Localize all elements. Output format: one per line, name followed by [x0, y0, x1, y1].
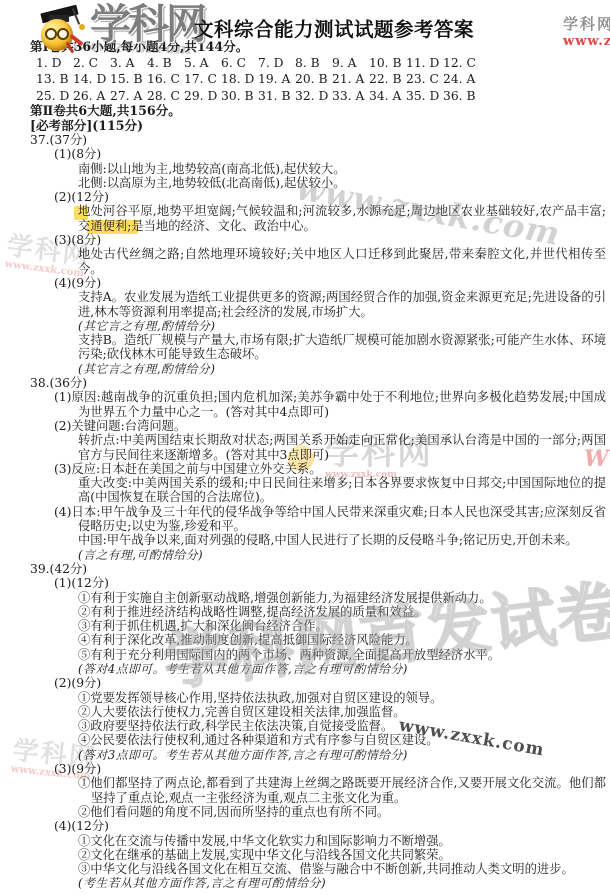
part2-heading: 第Ⅱ卷共6大题,共156分。 [30, 104, 606, 119]
answer-paragraph: (4)日本:甲午战争及三十年代的侵华战争等给中国人民带来深重灾难;日本人民也深受… [78, 505, 606, 534]
answer-cell: 24. A [443, 71, 480, 88]
answer-cell: 27. A [110, 88, 147, 105]
answer-cell: 29. D [184, 88, 221, 105]
answer-cell: 17. C [184, 71, 221, 88]
answer-paragraph: 支持A。农业发展为造纸工业提供更多的资源;两国经贸合作的加强,资金来源更充足;先… [78, 290, 606, 319]
answer-cell: 36. B [443, 88, 480, 105]
answer-cell: 30. B [221, 88, 258, 105]
part2-subheading: [必考部分](115分) [30, 119, 606, 134]
corner-watermark: 学科网 www.z [563, 15, 610, 50]
answers-body: 37.(37分)(1)(8分)南侧:以山地为主,地势较高(南高北低),起伏较大。… [30, 133, 606, 891]
answer-cell: 5. A [184, 55, 221, 72]
answer-cell: 19. A [258, 71, 295, 88]
answer-cell: 6. C [221, 55, 258, 72]
glasses-icon [45, 28, 57, 40]
answer-cell: 3. A [110, 55, 147, 72]
answer-item: ②他们看问题的角度不同,因而所坚持的重点也有所不同。 [91, 805, 606, 819]
grading-note: (答对3点即可。考生若从其他方面作答,言之有理可酌情给分) [78, 748, 606, 762]
answer-paragraph: 南侧:以山地为主,地势较高(南高北低),起伏较大。 [78, 162, 606, 176]
grading-note: (答对4点即可。考生若从其他方面作答,言之有理可酌情给分) [78, 662, 606, 676]
answer-paragraph: (2)关键问题:台湾问题。 [78, 419, 606, 433]
answer-item: ②文化在继承的基础上发展,实现中华文化与沿线各国文化共同繁荣。 [91, 848, 606, 862]
answer-cell: 21. A [332, 71, 369, 88]
answer-item: ②人大要依法行使权力,完善自贸区建设相关法律,加强监督。 [91, 705, 606, 719]
sub-question-heading: (2)(12分) [54, 190, 606, 204]
answer-item: ①党要发挥领导核心作用,坚持依法执政,加强对自贸区建设的领导。 [91, 691, 606, 705]
answer-item: ①他们都坚持了两点论,都看到了共建海上丝绸之路既要开展经济合作,又要开展文化交流… [91, 776, 606, 805]
answer-cell: 15. B [110, 71, 147, 88]
glasses-icon [57, 28, 69, 40]
answer-paragraph: 地处河谷平原,地势平坦宽阔;气候较温和;河流较多,水源充足;周边地区农业基础较好… [78, 204, 606, 233]
answer-item: ③有利于抓住机遇,扩大和深化闽台经济合作。 [91, 619, 606, 633]
corner-watermark-logo: 学科网 [563, 15, 610, 34]
answer-grid: 1. D2. C3. A4. B5. A6. C7. D8. B9. A10. … [36, 55, 480, 105]
grading-note: (其它言之有理,酌情给分) [78, 362, 606, 376]
answer-cell: 11. D [406, 55, 443, 72]
answer-cell: 22. B [369, 71, 406, 88]
grading-note: (其它言之有理,酌情给分) [78, 319, 606, 333]
answer-cell: 7. D [258, 55, 295, 72]
answer-paragraph: 重大改变:中美两国关系的缓和;中日民间往来增多;日本各界要求恢复中日邦交;中国国… [78, 476, 606, 505]
sub-question-heading: (2)(9分) [54, 676, 606, 690]
answer-cell: 35. D [406, 88, 443, 105]
answer-sheet-page: www.zxxk.com www.zxxk.com 学科网 www.zxxk.c… [0, 0, 610, 895]
answer-paragraph: (1)原因:越南战争的沉重负担;国内危机加深;美苏争霸中处于不利地位;世界向多极… [78, 390, 606, 419]
answer-item: ③中华文化与沿线各国文化在相互交流、借鉴与融合中不断创新,共同推动人类文明的进步… [91, 862, 606, 876]
answer-paragraph: 转折点:中美两国结束长期敌对状态;两国关系开始走向正常化;美国承认台湾是中国的一… [78, 433, 606, 462]
answer-cell: 34. A [369, 88, 406, 105]
answer-item: ①有利于实施自主创新驱动战略,增强创新能力,为福建经济发展提供新动力。 [91, 591, 606, 605]
corner-watermark-url: www.z [563, 34, 610, 50]
document-content: 第Ⅰ卷共36小题,每小题4分,共144分。 1. D2. C3. A4. B5.… [30, 40, 606, 891]
answer-item: ④有利于深化改革,推动制度创新,提高抵御国际经济风险能力。 [91, 633, 606, 647]
answer-item: ②有利于推进经济结构战略性调整,提高经济发展的质量和效益。 [91, 605, 606, 619]
answer-cell: 8. B [295, 55, 332, 72]
sub-question-heading: (3)(9分) [54, 762, 606, 776]
answer-item: ④公民要依法行使权利,通过各种渠道和方式有序参与自贸区建设。 [91, 733, 606, 747]
cap-tassel-tip [79, 24, 85, 30]
grading-note: (言之有理,可酌情给分) [78, 548, 606, 562]
answer-item: ⑤有利于充分利用国际国内的两个市场、两种资源,全面提高开放型经济水平。 [91, 648, 606, 662]
answer-cell: 28. C [147, 88, 184, 105]
sub-question-heading: (4)(12分) [54, 819, 606, 833]
answer-cell: 23. C [406, 71, 443, 88]
answer-cell: 20. B [295, 71, 332, 88]
sub-question-heading: (3)(8分) [54, 233, 606, 247]
page-title: 文科综合能力测试试题参考答案 [194, 14, 474, 42]
answer-cell: 32. D [295, 88, 332, 105]
answer-paragraph: 支持B。造纸厂规模与产量大,市场有限;扩大造纸厂规模可能加剧水资源紧张;可能产生… [78, 333, 606, 362]
sub-question-heading: (4)(9分) [54, 276, 606, 290]
question-heading: 37.(37分) [30, 133, 606, 147]
answer-cell: 12. C [443, 55, 480, 72]
answer-cell: 31. B [258, 88, 295, 105]
answer-paragraph: (3)反应:日本赶在美国之前与中国建立外交关系。 [78, 462, 606, 476]
answer-paragraph: 地处古代丝绸之路;自然地理环境较好;关中地区人口迁移到此聚居,带来秦腔文化,并世… [78, 247, 606, 276]
answer-paragraph: 北侧:以高原为主,地势较低(北高南低),起伏较小。 [78, 176, 606, 190]
zxxk-mascot-logo-icon [34, 2, 90, 56]
question-heading: 38.(36分) [30, 376, 606, 390]
answer-item: ③政府要坚持依法行政,科学民主依法决策,自觉接受监督。 [91, 719, 606, 733]
answer-cell: 2. C [73, 55, 110, 72]
grading-note: (考生若从其他方面作答,言之有理可酌情给分) [78, 876, 606, 890]
sub-question-heading: (1)(8分) [54, 147, 606, 161]
answer-cell: 33. A [332, 88, 369, 105]
answer-cell: 10. B [369, 55, 406, 72]
answer-paragraph: 中国:甲午战争以来,面对列强的侵略,中国人民进行了长期的反侵略斗争;铭记历史,开… [78, 533, 606, 547]
answer-item: ①文化在交流与传播中发展,中华文化软实力和国际影响力不断增强。 [91, 834, 606, 848]
answer-cell: 18. D [221, 71, 258, 88]
answer-cell: 9. A [332, 55, 369, 72]
sub-question-heading: (1)(12分) [54, 576, 606, 590]
question-heading: 39.(42分) [30, 562, 606, 576]
answer-cell: 25. D [36, 88, 73, 105]
answer-cell: 13. B [36, 71, 73, 88]
answer-cell: 14. D [73, 71, 110, 88]
zxxk-wordmark: 学科网 [90, 4, 204, 45]
answer-cell: 4. B [147, 55, 184, 72]
answer-cell: 26. A [73, 88, 110, 105]
answer-cell: 16. C [147, 71, 184, 88]
answer-cell: 1. D [36, 55, 73, 72]
